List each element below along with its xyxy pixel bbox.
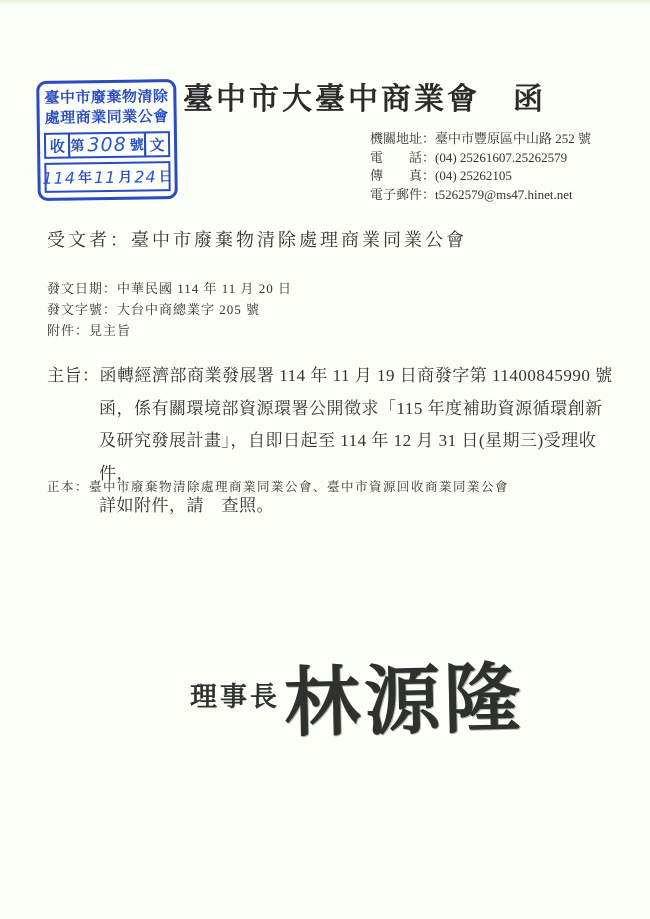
meta-block: 發文日期：中華民國 114 年 11 月 20 日 發文字號：大台中商總業字 2… <box>47 278 292 341</box>
copy-to-line: 正本：臺中市廢棄物清除處理商業同業公會、臺中市資源回收商業同業公會 <box>47 477 509 495</box>
contact-block: 機關地址：臺中市豐原區中山路 252 號 電 話：(04) 25261607.2… <box>370 130 591 204</box>
subject-line-1: 主旨：函轉經濟部商業發展署 114 年 11 月 19 日商發字第 114008… <box>47 360 627 393</box>
issue-date-line: 發文日期：中華民國 114 年 11 月 20 日 <box>47 278 292 299</box>
stamp-org-line1: 臺中市廢棄物清除 <box>43 87 169 109</box>
contact-email-line: 電子郵件：t5262579@ms47.hinet.net <box>370 186 591 205</box>
stamp-receive-label: 收 <box>44 133 71 159</box>
contact-phone-label: 電 話： <box>370 150 435 165</box>
contact-phone-line: 電 話：(04) 25261607.25262579 <box>370 149 591 168</box>
contact-email-label: 電子郵件： <box>370 187 435 202</box>
stamp-register-row: 收 第 308 號 文 <box>44 131 170 159</box>
copy-to-value: 臺中市廢棄物清除處理商業同業公會、臺中市資源回收商業同業公會 <box>89 480 509 494</box>
attachment-line: 附件：見主旨 <box>47 320 292 341</box>
contact-fax-value: (04) 25262105 <box>435 168 512 183</box>
stamp-number-cell: 第 308 號 <box>68 131 146 158</box>
contact-phone-value: (04) 25261607.25262579 <box>435 150 567 165</box>
scanned-letter-page: { "colors": { "page_background": "#fcfef… <box>0 0 650 919</box>
stamp-date-day-label: 日 <box>159 166 173 186</box>
receipt-stamp: 臺中市廢棄物清除 處理商業同業公會 收 第 308 號 文 114 年 11 月… <box>36 79 178 201</box>
contact-address-line: 機關地址：臺中市豐原區中山路 252 號 <box>370 130 591 149</box>
stamp-date-year: 114 <box>42 168 76 187</box>
document-title: 臺中市大臺中商業會 函 <box>183 74 546 118</box>
signature-name: 林源隆 <box>283 637 525 751</box>
issue-date-label: 發文日期： <box>47 281 117 296</box>
signature-block: 理事長 林源隆 <box>190 640 524 749</box>
contact-fax-label: 傳 真： <box>370 168 435 183</box>
signature-title: 理事長 <box>190 675 280 714</box>
scan-top-edge <box>0 0 650 5</box>
stamp-date-row: 114 年 11 月 24 日 <box>44 161 170 193</box>
stamp-doc-label: 文 <box>144 131 171 157</box>
doc-number-line: 發文字號：大台中商總業字 205 號 <box>47 299 292 320</box>
contact-email-value: t5262579@ms47.hinet.net <box>435 187 573 202</box>
stamp-number-prefix: 第 <box>70 135 84 155</box>
attachment-label: 附件： <box>47 323 89 338</box>
stamp-date-month: 11 <box>94 167 117 186</box>
copy-to-label: 正本： <box>47 480 89 494</box>
stamp-org-line2: 處理商業同業公會 <box>44 107 170 129</box>
contact-address-label: 機關地址： <box>370 131 435 146</box>
stamp-date-day: 24 <box>134 167 157 186</box>
subject-line-2: 函，係有關環境部資源環署公開徵求「115 年度補助資源循環創新 <box>47 393 627 426</box>
stamp-date-month-label: 月 <box>118 167 132 187</box>
recipient-label: 受文者： <box>47 230 131 250</box>
stamp-number-value: 308 <box>87 134 127 157</box>
stamp-date-year-label: 年 <box>78 167 92 187</box>
doc-number-value: 大台中商總業字 205 號 <box>117 302 260 317</box>
issue-date-value: 中華民國 114 年 11 月 20 日 <box>117 281 292 296</box>
doc-number-label: 發文字號： <box>47 302 117 317</box>
stamp-number-suffix: 號 <box>130 134 144 154</box>
recipient-line: 受文者：臺中市廢棄物清除處理商業同業公會 <box>47 226 467 252</box>
attachment-value: 見主旨 <box>89 323 131 338</box>
contact-fax-line: 傳 真：(04) 25262105 <box>370 167 591 186</box>
recipient-value: 臺中市廢棄物清除處理商業同業公會 <box>131 230 467 250</box>
contact-address-value: 臺中市豐原區中山路 252 號 <box>435 131 591 146</box>
subject-paragraph: 主旨：函轉經濟部商業發展署 114 年 11 月 19 日商發字第 114008… <box>47 360 627 523</box>
